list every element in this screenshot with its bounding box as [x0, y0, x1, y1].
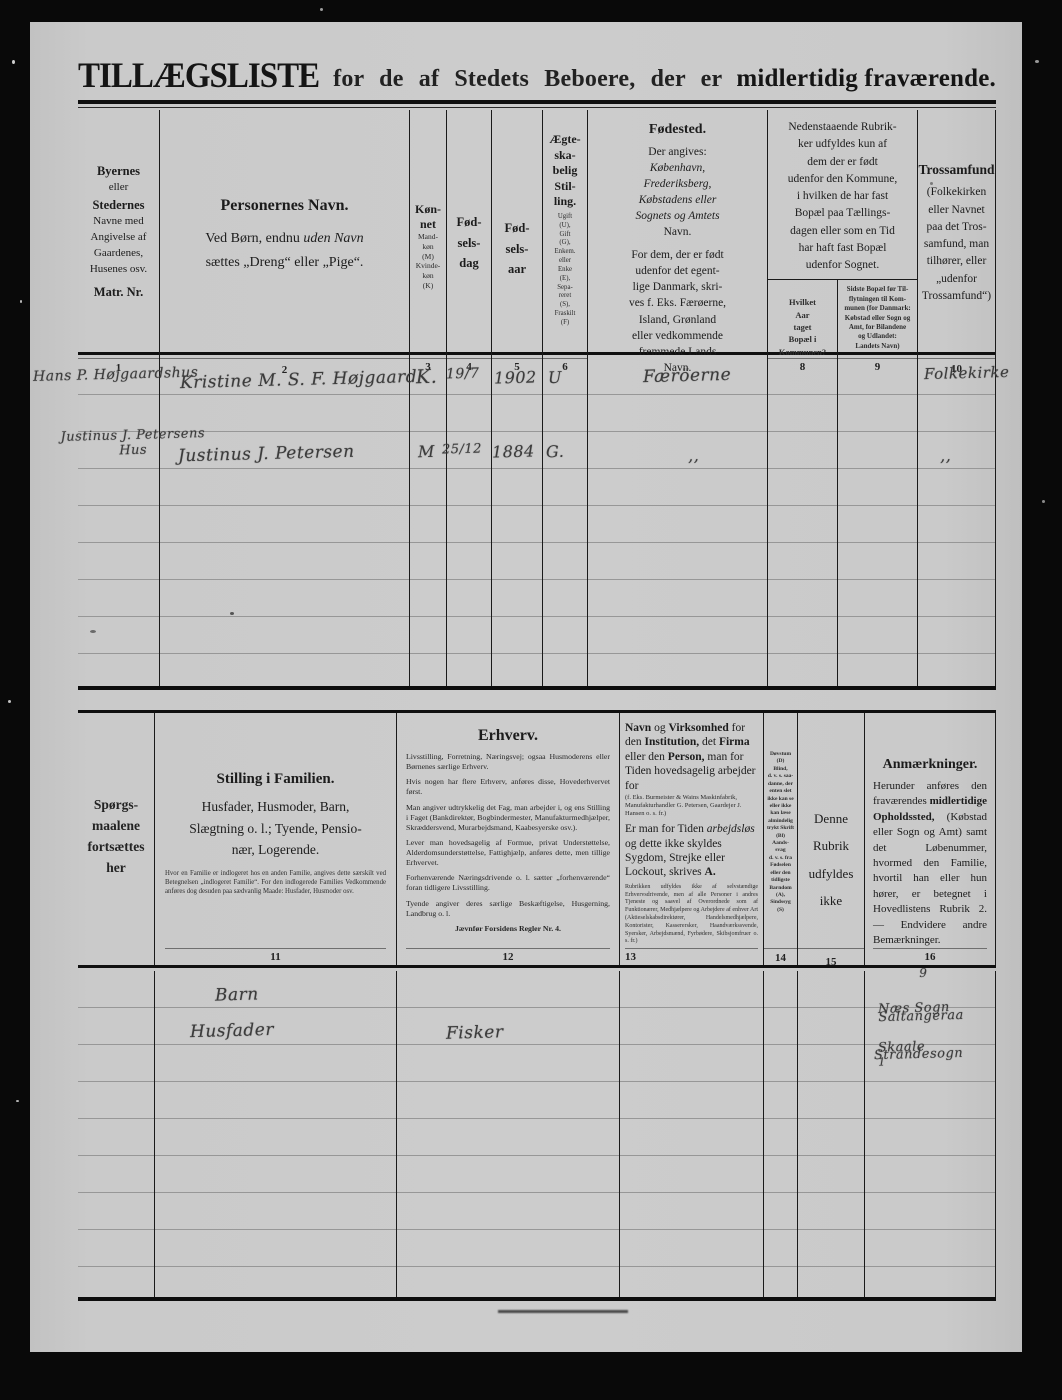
scan-noise [1035, 60, 1039, 63]
entry-row2-birthyear: 1884 [492, 441, 535, 461]
entry-row1-family-position: Barn [215, 984, 259, 1005]
page-title-middle: for de af Stedets Beboere, der er [333, 66, 722, 93]
scan-noise [1042, 500, 1045, 503]
entry-row1-religion: Folkekirke [924, 363, 1010, 383]
table2-header: Spørgs- maalene fortsættes her Stilling … [78, 710, 996, 968]
col1-line: Byernes [78, 162, 159, 180]
title-rule-thin [78, 107, 996, 108]
table1-body: Hans P. Højgaardshus Kristine M. S. F. H… [78, 358, 996, 690]
entry-row2-current-parish: Strandesogn [874, 1046, 964, 1063]
col7-header-birthplace: Fødested. Der angives: København, Freder… [588, 110, 768, 375]
scan-noise [320, 8, 323, 11]
col10-header-religion: Trossamfund (Folkekirken eller Navnet pa… [918, 110, 996, 375]
col1-header-place: Byernes eller Stedernes Navne med Angive… [78, 110, 160, 375]
table2-body-gridlines [78, 971, 996, 1297]
entry-row2-birthplace-ditto: ,, [688, 446, 700, 465]
entry-row1-birthday: 19/7 [446, 366, 480, 383]
scan-noise [16, 1100, 19, 1102]
scan-noise [12, 60, 15, 64]
col13-number: 13 [625, 948, 758, 965]
entry-row2-occupation: Fisker [446, 1022, 504, 1043]
page-title-lead: TILLÆGSLISTE [78, 57, 319, 97]
col16-number: 16 [873, 948, 987, 965]
entry-row1-birthyear: 1902 [494, 367, 537, 387]
col5-header-birthyear: Fød- sels- aar 5 [492, 110, 543, 375]
table1-body-gridlines [78, 358, 996, 686]
title-rule-heavy [78, 100, 996, 104]
printer-imprint [498, 1310, 628, 1313]
col2-header-name: Personernes Navn. Ved Børn, endnu uden N… [160, 110, 410, 375]
col12-number: 12 [406, 948, 610, 965]
col12-header-occupation: Erhverv. Livsstilling, Forretning, Nærin… [397, 713, 620, 965]
col2-title: Personernes Navn. [160, 192, 409, 219]
entry-row2-marital: G. [546, 442, 565, 461]
entry-row1-marital: U [548, 368, 562, 387]
entry-row1-sex: K. [416, 366, 438, 389]
col6-header-marital: Ægte- ska- belig Stil- ling. Ugift (U), … [543, 110, 588, 375]
col1-line: Navne med Angivelse af Gaardenes, Husene… [78, 214, 159, 278]
col15-number: 15 [798, 948, 864, 965]
col14-header-disabilities: Døvstum (D) Blind, d. v. s. saa- danne, … [764, 713, 798, 965]
entry-row2-sex: M [418, 442, 435, 461]
col3-header-sex: Køn- net Mand- køn (M) Kvinde- køn (K) 3 [410, 110, 447, 375]
col16-header-remarks: Anmærkninger. Herunder anføres den fravæ… [865, 713, 996, 965]
scanned-census-page: TILLÆGSLISTE for de af Stedets Beboere, … [30, 22, 1022, 1352]
scan-noise [8, 700, 11, 703]
table1-header: Byernes eller Stedernes Navne med Angive… [78, 110, 996, 355]
col15-header-do-not-fill: Denne Rubrik udfyldes ikke 15 [798, 713, 865, 965]
col11-header-position-in-family: Stilling i Familien. Husfader, Husmoder,… [155, 713, 397, 965]
entry-row2-family-position: Husfader [190, 1020, 274, 1042]
entry-row2-religion-ditto: ,, [940, 446, 952, 465]
scan-noise [20, 300, 22, 303]
col8-9-group-header: Nedenstaaende Rubrik- ker udfyldes kun a… [768, 110, 918, 375]
page-title: TILLÆGSLISTE for de af Stedets Beboere, … [78, 58, 996, 95]
table2-body: Barn 9 Saltangeraa Næs Sogn Husfader Fis… [78, 971, 996, 1301]
col13-header-employer: Navn og Virksomhed for den Institution, … [620, 713, 764, 965]
col2-line: sættes „Dreng“ eller „Pige“. [160, 251, 409, 275]
entry-row1-current-parish: Næs Sogn [878, 1000, 950, 1017]
col11-number: 11 [165, 948, 386, 965]
col1-line: eller [78, 180, 159, 196]
page-title-tail: midlertidig fraværende. [736, 65, 996, 93]
entry-row2-birthday: 25/12 [442, 441, 482, 457]
col1-line: Stedernes [78, 196, 159, 214]
table2-stub: Spørgs- maalene fortsættes her [78, 713, 155, 965]
col1-line: Matr. Nr. [78, 283, 159, 301]
col14-number: 14 [764, 948, 797, 965]
col4-header-birthday: Fød- sels- dag 4 [447, 110, 492, 375]
col2-line: Ved Børn, endnu uden Navn [160, 227, 409, 251]
entry-row1-birthplace: Færöerne [643, 365, 732, 387]
entry-row1-place-number: 9 [919, 966, 928, 980]
